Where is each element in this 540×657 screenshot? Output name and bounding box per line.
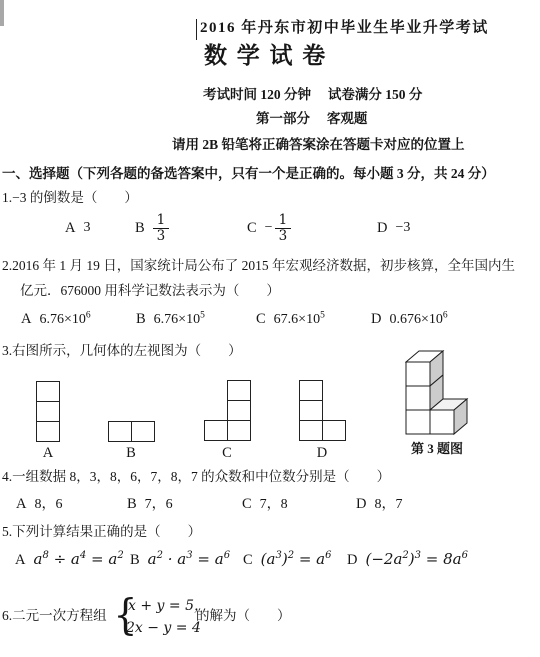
- q1-option-c: C − 13: [247, 210, 291, 246]
- q2-stem-line2: 亿元．676000 用科学记数法表示为（ ）: [20, 283, 280, 300]
- option-letter: B: [136, 311, 146, 327]
- q3-figure-label-d: D: [298, 445, 346, 462]
- option-value: 8，6: [34, 497, 62, 512]
- q2-option-a: A6.76×106: [21, 310, 91, 328]
- option-value: 3: [83, 220, 90, 236]
- grid-square: [131, 421, 155, 442]
- option-value-scientific: 67.6×105: [274, 312, 325, 327]
- option-formula: (−2a2)3 = 8a6: [365, 550, 468, 568]
- option-value-scientific: 6.76×105: [154, 312, 205, 327]
- option-letter: B: [130, 552, 140, 568]
- option-letter: C: [243, 552, 253, 568]
- option-letter: A: [65, 220, 75, 237]
- grid-square: [36, 381, 60, 402]
- option-formula: a8 ÷ a4 = a2: [33, 550, 123, 568]
- q4-option-a: A8，6: [16, 493, 62, 513]
- option-value: 7，6: [145, 497, 173, 512]
- exam-info: 考试时间 120 分钟 试卷满分 150 分: [203, 87, 422, 104]
- q4-stem: 4.一组数据 8，3，8，6，7，8，7 的众数和中位数分别是（ ）: [2, 469, 390, 486]
- minus-sign: −: [265, 220, 273, 236]
- option-letter: D: [356, 496, 366, 512]
- part-one-heading: 第一部分 客观题: [256, 111, 367, 128]
- q5-option-a: Aa8 ÷ a4 = a2: [15, 550, 124, 569]
- grid-square: [108, 421, 132, 442]
- option-letter: C: [247, 220, 257, 237]
- fraction-denominator: 3: [153, 229, 170, 244]
- option-letter: D: [347, 552, 357, 568]
- grid-square: [36, 421, 60, 442]
- q6-stem-prefix: 6.二元一次方程组: [2, 608, 107, 625]
- answer-instruction: 请用 2B 铅笔将正确答案涂在答题卡对应的位置上: [172, 137, 465, 154]
- q6-stem-suffix: 的解为（ ）: [196, 608, 291, 625]
- q2-option-d: D0.676×106: [371, 310, 448, 328]
- option-letter: D: [371, 311, 381, 327]
- q2-stem-line1: 2.2016 年 1 月 19 日，国家统计局公布了 2015 年宏观经济数据，…: [2, 258, 515, 275]
- grid-square: [227, 400, 251, 421]
- q3-stem: 3.右图所示，几何体的左视图为（ ）: [2, 343, 242, 360]
- fraction-denominator: 3: [275, 229, 292, 244]
- q3-figure-label-a: A: [24, 445, 72, 462]
- q4-option-d: D8，7: [356, 493, 402, 513]
- option-letter: B: [135, 220, 145, 237]
- option-letter: C: [256, 311, 266, 327]
- grid-square: [299, 420, 323, 441]
- q4-option-b: B7，6: [127, 493, 173, 513]
- option-letter: D: [377, 220, 387, 237]
- fraction-numerator: 1: [153, 213, 170, 229]
- q1-options-row: A 3 B 13 C − 13 D −3: [0, 210, 540, 246]
- exam-paper-page: 2016 年丹东市初中毕业生毕业升学考试 数 学 试 卷 考试时间 120 分钟…: [0, 0, 540, 657]
- q1-option-a: A 3: [65, 210, 90, 246]
- exam-title: 2016 年丹东市初中毕业生毕业升学考试: [200, 19, 489, 38]
- scrollbar-fragment: [0, 0, 4, 26]
- q3-figure-caption: 第 3 题图: [402, 438, 472, 457]
- option-letter: C: [242, 496, 252, 512]
- fraction: 13: [153, 213, 170, 244]
- fraction: 13: [275, 213, 292, 244]
- grid-square: [299, 380, 323, 401]
- grid-square: [322, 420, 346, 441]
- q5-option-b: Ba2 · a3 = a6: [130, 550, 230, 569]
- q6-equation-2: 2x − y = 4: [126, 620, 201, 638]
- section-one-heading: 一、选择题（下列各题的备选答案中，只有一个是正确的。每小题 3 分，共 24 分…: [2, 166, 495, 183]
- option-value-scientific: 0.676×106: [389, 312, 447, 327]
- q5-option-d: D(−2a2)3 = 8a6: [347, 550, 468, 569]
- grid-square: [227, 420, 251, 441]
- paper-title: 数 学 试 卷: [204, 42, 327, 71]
- grid-square: [299, 400, 323, 421]
- q5-stem: 5.下列计算结果正确的是（ ）: [2, 524, 201, 541]
- option-letter: A: [21, 311, 31, 327]
- q4-option-c: C7，8: [242, 493, 288, 513]
- option-value: 8，7: [374, 497, 402, 512]
- grid-square: [36, 401, 60, 422]
- option-value-scientific: 6.76×106: [39, 312, 90, 327]
- q1-option-b: B 13: [135, 210, 169, 246]
- option-formula: a2 · a3 = a6: [148, 550, 230, 568]
- option-value: −3: [395, 220, 410, 236]
- q2-option-c: C67.6×105: [256, 310, 325, 328]
- cube-stack-figure: [405, 350, 469, 436]
- option-letter: A: [15, 552, 25, 568]
- q1-option-d: D −3: [377, 210, 410, 246]
- q1-stem: 1.−3 的倒数是（ ）: [2, 190, 138, 207]
- text-caret: [196, 19, 197, 40]
- q3-figure-label-c: C: [203, 445, 251, 462]
- option-value: 7，8: [260, 497, 288, 512]
- option-formula: (a3)2 = a6: [261, 550, 332, 568]
- option-letter: A: [16, 496, 26, 512]
- grid-square: [227, 380, 251, 401]
- grid-square: [204, 420, 228, 441]
- fraction-numerator: 1: [275, 213, 292, 229]
- q5-option-c: C(a3)2 = a6: [243, 550, 332, 569]
- q3-figure-label-b: B: [107, 445, 155, 462]
- q2-option-b: B6.76×105: [136, 310, 205, 328]
- option-letter: B: [127, 496, 137, 512]
